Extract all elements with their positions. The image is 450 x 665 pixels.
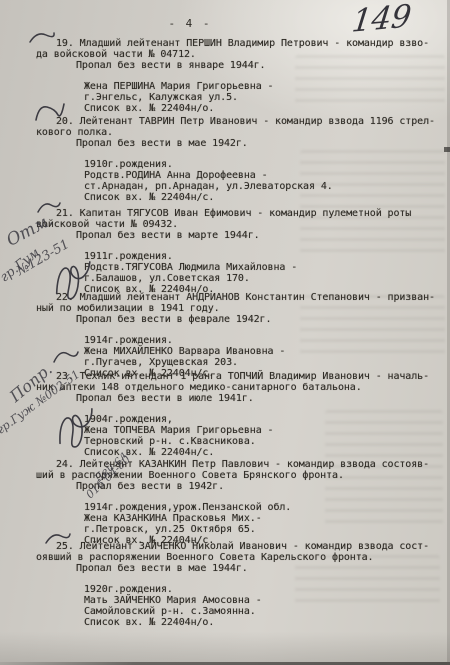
document-line: Пропал без вести в январе 1944г.	[76, 60, 450, 71]
document-line: Пропал без вести в мае 1944г.	[76, 563, 450, 574]
document-line: Список вх. № 22404н/с.	[84, 447, 450, 458]
document-line: ный по мобилизации в 1941 году.	[36, 303, 450, 314]
document-line: 25. Лейтенант ЗАЙЧЕНКО Николай Иванович …	[56, 541, 450, 552]
entry-21: 21. Капитан ТЯГУСОВ Иван Ефимович - кома…	[36, 208, 450, 295]
document-line: г.Петровск, ул.25 Октября 65.	[84, 524, 450, 535]
handwritten-tick-icon	[34, 101, 66, 123]
document-line: Жена ПЕРШИНА Мария Григорьевна -	[84, 81, 450, 92]
document-line: ник аптеки 148 отдельного медико-санитар…	[36, 382, 450, 393]
document-line: 21. Капитан ТЯГУСОВ Иван Ефимович - кома…	[56, 208, 450, 219]
document-page: - 4 - 149 19. Младший лейтенант ПЕРШИН В…	[0, 0, 450, 665]
document-line: 1911г.рождения.	[84, 251, 450, 262]
document-line: 1904г.рождения,	[84, 414, 450, 425]
entry-22: 22. Младший лейтенант АНДРИАНОВ Констант…	[36, 292, 450, 379]
document-line: г.Энгельс, Калужская ул.5.	[84, 92, 450, 103]
document-line: Список вх. № 22404н/с.	[84, 192, 450, 203]
document-line: Родств.ТЯГУСОВА Людмила Михайловна -	[84, 262, 450, 273]
entry-20: 20. Лейтенант ТАВРИН Петр Иванович - ком…	[36, 116, 450, 203]
document-line: Список вх. № 22404н/о.	[84, 103, 450, 114]
document-line: ст.Арнадан, рп.Арнадан, ул.Элеваторская …	[84, 181, 450, 192]
document-line: 19. Младший лейтенант ПЕРШИН Владимир Пе…	[56, 38, 450, 49]
document-line: 23. Техник-интендант 1 ранга ТОПЧИЙ Влад…	[56, 371, 450, 382]
entry-25: 25. Лейтенант ЗАЙЧЕНКО Николай Иванович …	[36, 541, 450, 628]
document-line: Родств.РОДИНА Анна Дорофеевна -	[84, 170, 450, 181]
page-number: - 4 -	[0, 17, 380, 30]
document-line: кового полка.	[36, 127, 450, 138]
entry-19: 19. Младший лейтенант ПЕРШИН Владимир Пе…	[36, 38, 450, 114]
document-line: 20. Лейтенант ТАВРИН Петр Иванович - ком…	[56, 116, 450, 127]
document-line: Самойловский р-н. с.Замоянна.	[84, 606, 450, 617]
document-line: Пропал без вести в июле 1941г.	[76, 393, 450, 404]
document-line: Пропал без вести в феврале 1942г.	[76, 314, 450, 325]
document-line: г.Балашов, ул.Советская 170.	[84, 273, 450, 284]
handwritten-tick-icon	[52, 347, 80, 365]
document-line: Список вх. № 22404н/о.	[84, 617, 450, 628]
document-line: Пропал без вести в мае 1942г.	[76, 138, 450, 149]
document-line: войсковой части № 09432.	[36, 219, 450, 230]
document-line: Жена ТОПЧЕВА Мария Григорьевна -	[84, 425, 450, 436]
document-line: 1914г.рождения,урож.Пензанской обл.	[84, 502, 450, 513]
document-line: Пропал без вести в марте 1944г.	[76, 230, 450, 241]
signature-scribble-icon	[44, 252, 101, 307]
document-line: Терновский р-н. с.Квасникова.	[84, 436, 450, 447]
entry-23: 23. Техник-интендант 1 ранга ТОПЧИЙ Влад…	[36, 371, 450, 458]
document-line: да войсковой части № 04712.	[36, 49, 450, 60]
handwritten-tick-icon	[44, 530, 72, 546]
document-line: г.Пугачев, Хрущевская 203.	[84, 357, 450, 368]
document-line: 22. Младший лейтенант АНДРИАНОВ Констант…	[56, 292, 450, 303]
document-line: 1914г.рождения.	[84, 335, 450, 346]
handwritten-tick-icon	[28, 29, 56, 45]
document-line: 1920г.рождения.	[84, 584, 450, 595]
scan-edge-mark	[444, 147, 450, 152]
document-line: Жена МИХАЙЛЕНКО Варвара Ивановна -	[84, 346, 450, 357]
handwritten-sheet-number: 149	[350, 0, 413, 40]
document-line: Жена КАЗАНКИНА Прасковья Мих.-	[84, 513, 450, 524]
document-line: 1910г.рождения.	[84, 159, 450, 170]
document-line: оявший в распоряжении Военного Совета Ка…	[36, 552, 450, 563]
document-line: Мать ЗАЙЧЕНКО Мария Амосовна -	[84, 595, 450, 606]
document-line: Пропал без вести в 1942г.	[76, 481, 450, 492]
